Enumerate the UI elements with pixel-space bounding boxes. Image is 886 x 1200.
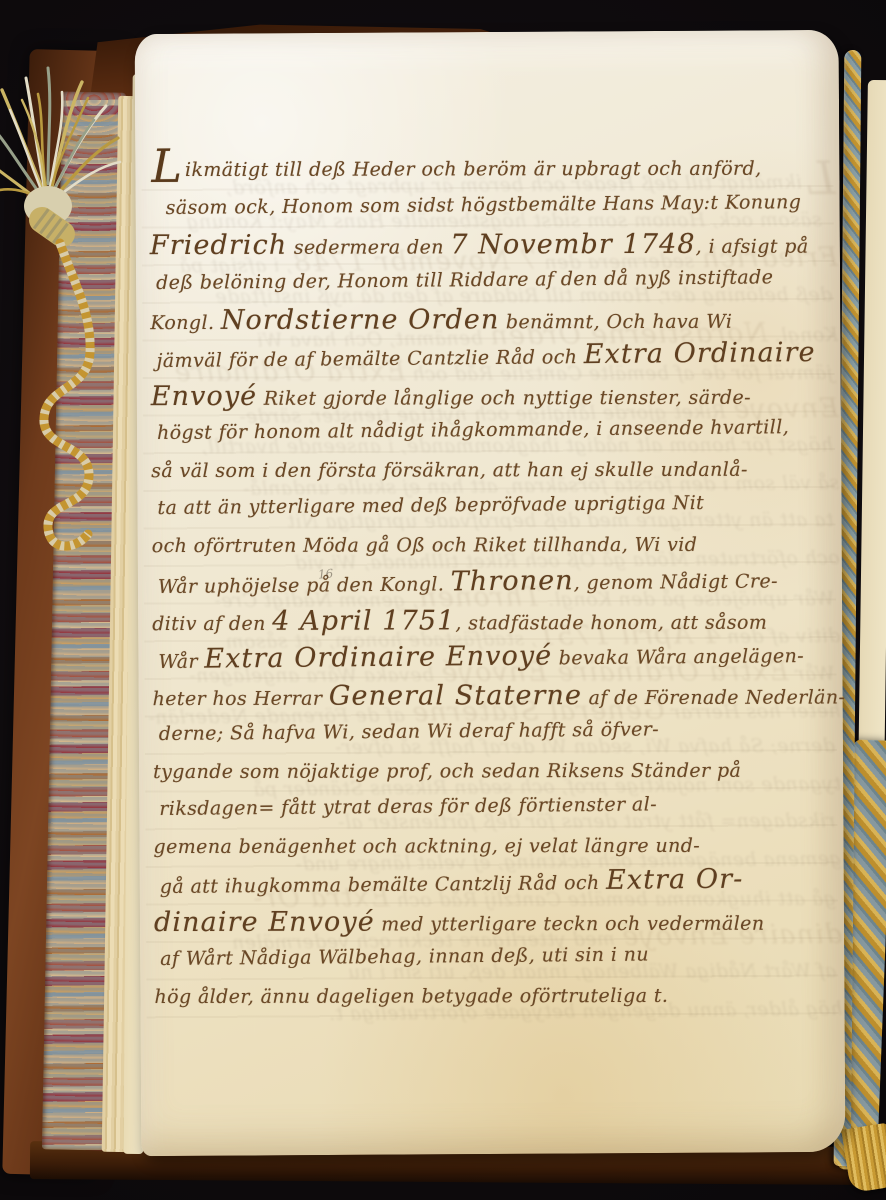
manuscript-text-segment: jämväl för de af bemälte Cantzlie Råd oc… [156,346,583,372]
twisted-cord [44,243,90,546]
manuscript-text-segment: gemena benägenhet och acktning, ej velat… [154,835,701,858]
manuscript-text-segment: af de Förenade Nederlän- [582,687,845,710]
manuscript-text-segment: heter hos Herrar [153,688,329,710]
manuscript-text-segment: , genom Nådigt Cre- [574,570,778,594]
manuscript-line: derne; Så hafva Wi, sedan Wi deraf hafft… [159,710,841,754]
manuscript-text: Likmätigt till deß Heder och beröm är up… [149,148,842,1017]
manuscript-text-segment: derne; Så hafva Wi, sedan Wi deraf hafft… [159,718,659,745]
manuscript-line: högst för honom alt nådigt ihågkommande,… [157,409,839,453]
manuscript-text-segment: så väl som i den första försäkran, att h… [151,458,748,481]
manuscript-text-segment: af Wårt Nådiga Wälbehag, innan deß, uti … [160,944,649,971]
manuscript-text-segment: tygande som nöjaktige prof, och sedan Ri… [153,759,741,782]
manuscript-text-segment: L [151,139,182,193]
manuscript-text-segment: Extra Or- [606,864,744,896]
manuscript-text-segment: bevaka Wåra angelägen- [552,645,804,669]
manuscript-text-segment: deß belöning der, Honom till Riddare af … [156,266,773,294]
manuscript-text-segment: sedermera den [287,237,450,259]
manuscript-line: Wår Extra Ordinaire Envoyé bevaka Wåra a… [158,634,840,678]
manuscript-text-segment: säsom ock, Honom som sidst högstbemälte … [166,191,802,219]
manuscript-text-segment: Wår [158,650,204,672]
manuscript-text-segment: gå att ihugkomma bemälte Cantzlij Råd oc… [160,872,606,898]
manuscript-line: riksdagen= fått ytrat deras för deß fört… [159,785,841,829]
manuscript-text-segment: ta att än ytterligare med deß bepröfvade… [157,492,704,519]
manuscript-text-segment: Extra Ordinaire Envoyé [204,640,552,674]
manuscript-text-segment: Riket gjorde långlige och nyttige tienst… [257,386,751,409]
manuscript-page: Likmätigt till deß Heder och beröm är up… [135,30,846,1156]
manuscript-text-segment: Nordstierne Orden [221,305,500,337]
manuscript-line: Wår uphöjelse på den Kongl. Thronen, gen… [158,559,840,603]
manuscript-line: säsom ock, Honom som sidst högstbemälte … [165,183,837,227]
manuscript-text-segment: Wår uphöjelse på den Kongl. [158,573,451,598]
manuscript-line: deß belöning der, Honom till Riddare af … [156,259,838,303]
manuscript-text-segment: riksdagen= fått ytrat deras för deß fört… [159,794,657,821]
manuscript-text-segment: dinaire Envoyé [154,906,375,938]
manuscript-text-segment: 4 April 1751 [272,606,455,637]
manuscript-line: gå att ihugkomma bemälte Cantzlij Råd oc… [160,860,842,904]
pencil-annotation: 16 [317,566,333,581]
manuscript-line: af Wårt Nådiga Wälbehag, innan deß, uti … [160,935,842,979]
tassel-threads [0,68,120,200]
manuscript-text-segment: benämnt, Och hava Wi [499,311,732,334]
manuscript-text-segment: högst för honom alt nådigt ihågkommande,… [157,416,789,444]
manuscript-line: ta att än ytterligare med deß bepröfvade… [157,484,839,528]
manuscript-text-segment: hög ålder, ännu dageligen betygade ofört… [154,985,668,1008]
manuscript-text-segment: General Staterne [329,680,582,712]
manuscript-text-segment: Extra Ordinaire [584,337,816,370]
manuscript-text-segment: Kongl. [150,312,221,334]
manuscript-text-segment: Thronen [451,565,574,597]
manuscript-text-segment: 7 Novembr 1748 [450,229,695,261]
manuscript-line: jämväl för de af bemälte Cantzlie Råd oc… [156,334,838,378]
manuscript-text-segment: Friedrich [150,230,288,261]
manuscript-text-segment: ditiv af den [152,613,272,635]
manuscript-text-segment: , stadfästade honom, att såsom [455,612,767,635]
manuscript-line: hög ålder, ännu dageligen betygade ofört… [154,978,842,1017]
manuscript-text-segment: och oförtruten Möda gå Oß och Riket till… [152,534,698,557]
tassel-and-cord-left [0,38,126,598]
manuscript-text-segment: med ytterligare teckn och vedermälen [375,913,765,936]
manuscript-photo: Likmätigt till deß Heder och beröm är up… [0,0,886,1200]
manuscript-text-segment: Envoyé [151,380,258,411]
manuscript-text-segment: , i afsigt på [696,236,809,258]
manuscript-text-segment: ikmätigt till deß Heder och beröm är upb… [185,158,762,181]
